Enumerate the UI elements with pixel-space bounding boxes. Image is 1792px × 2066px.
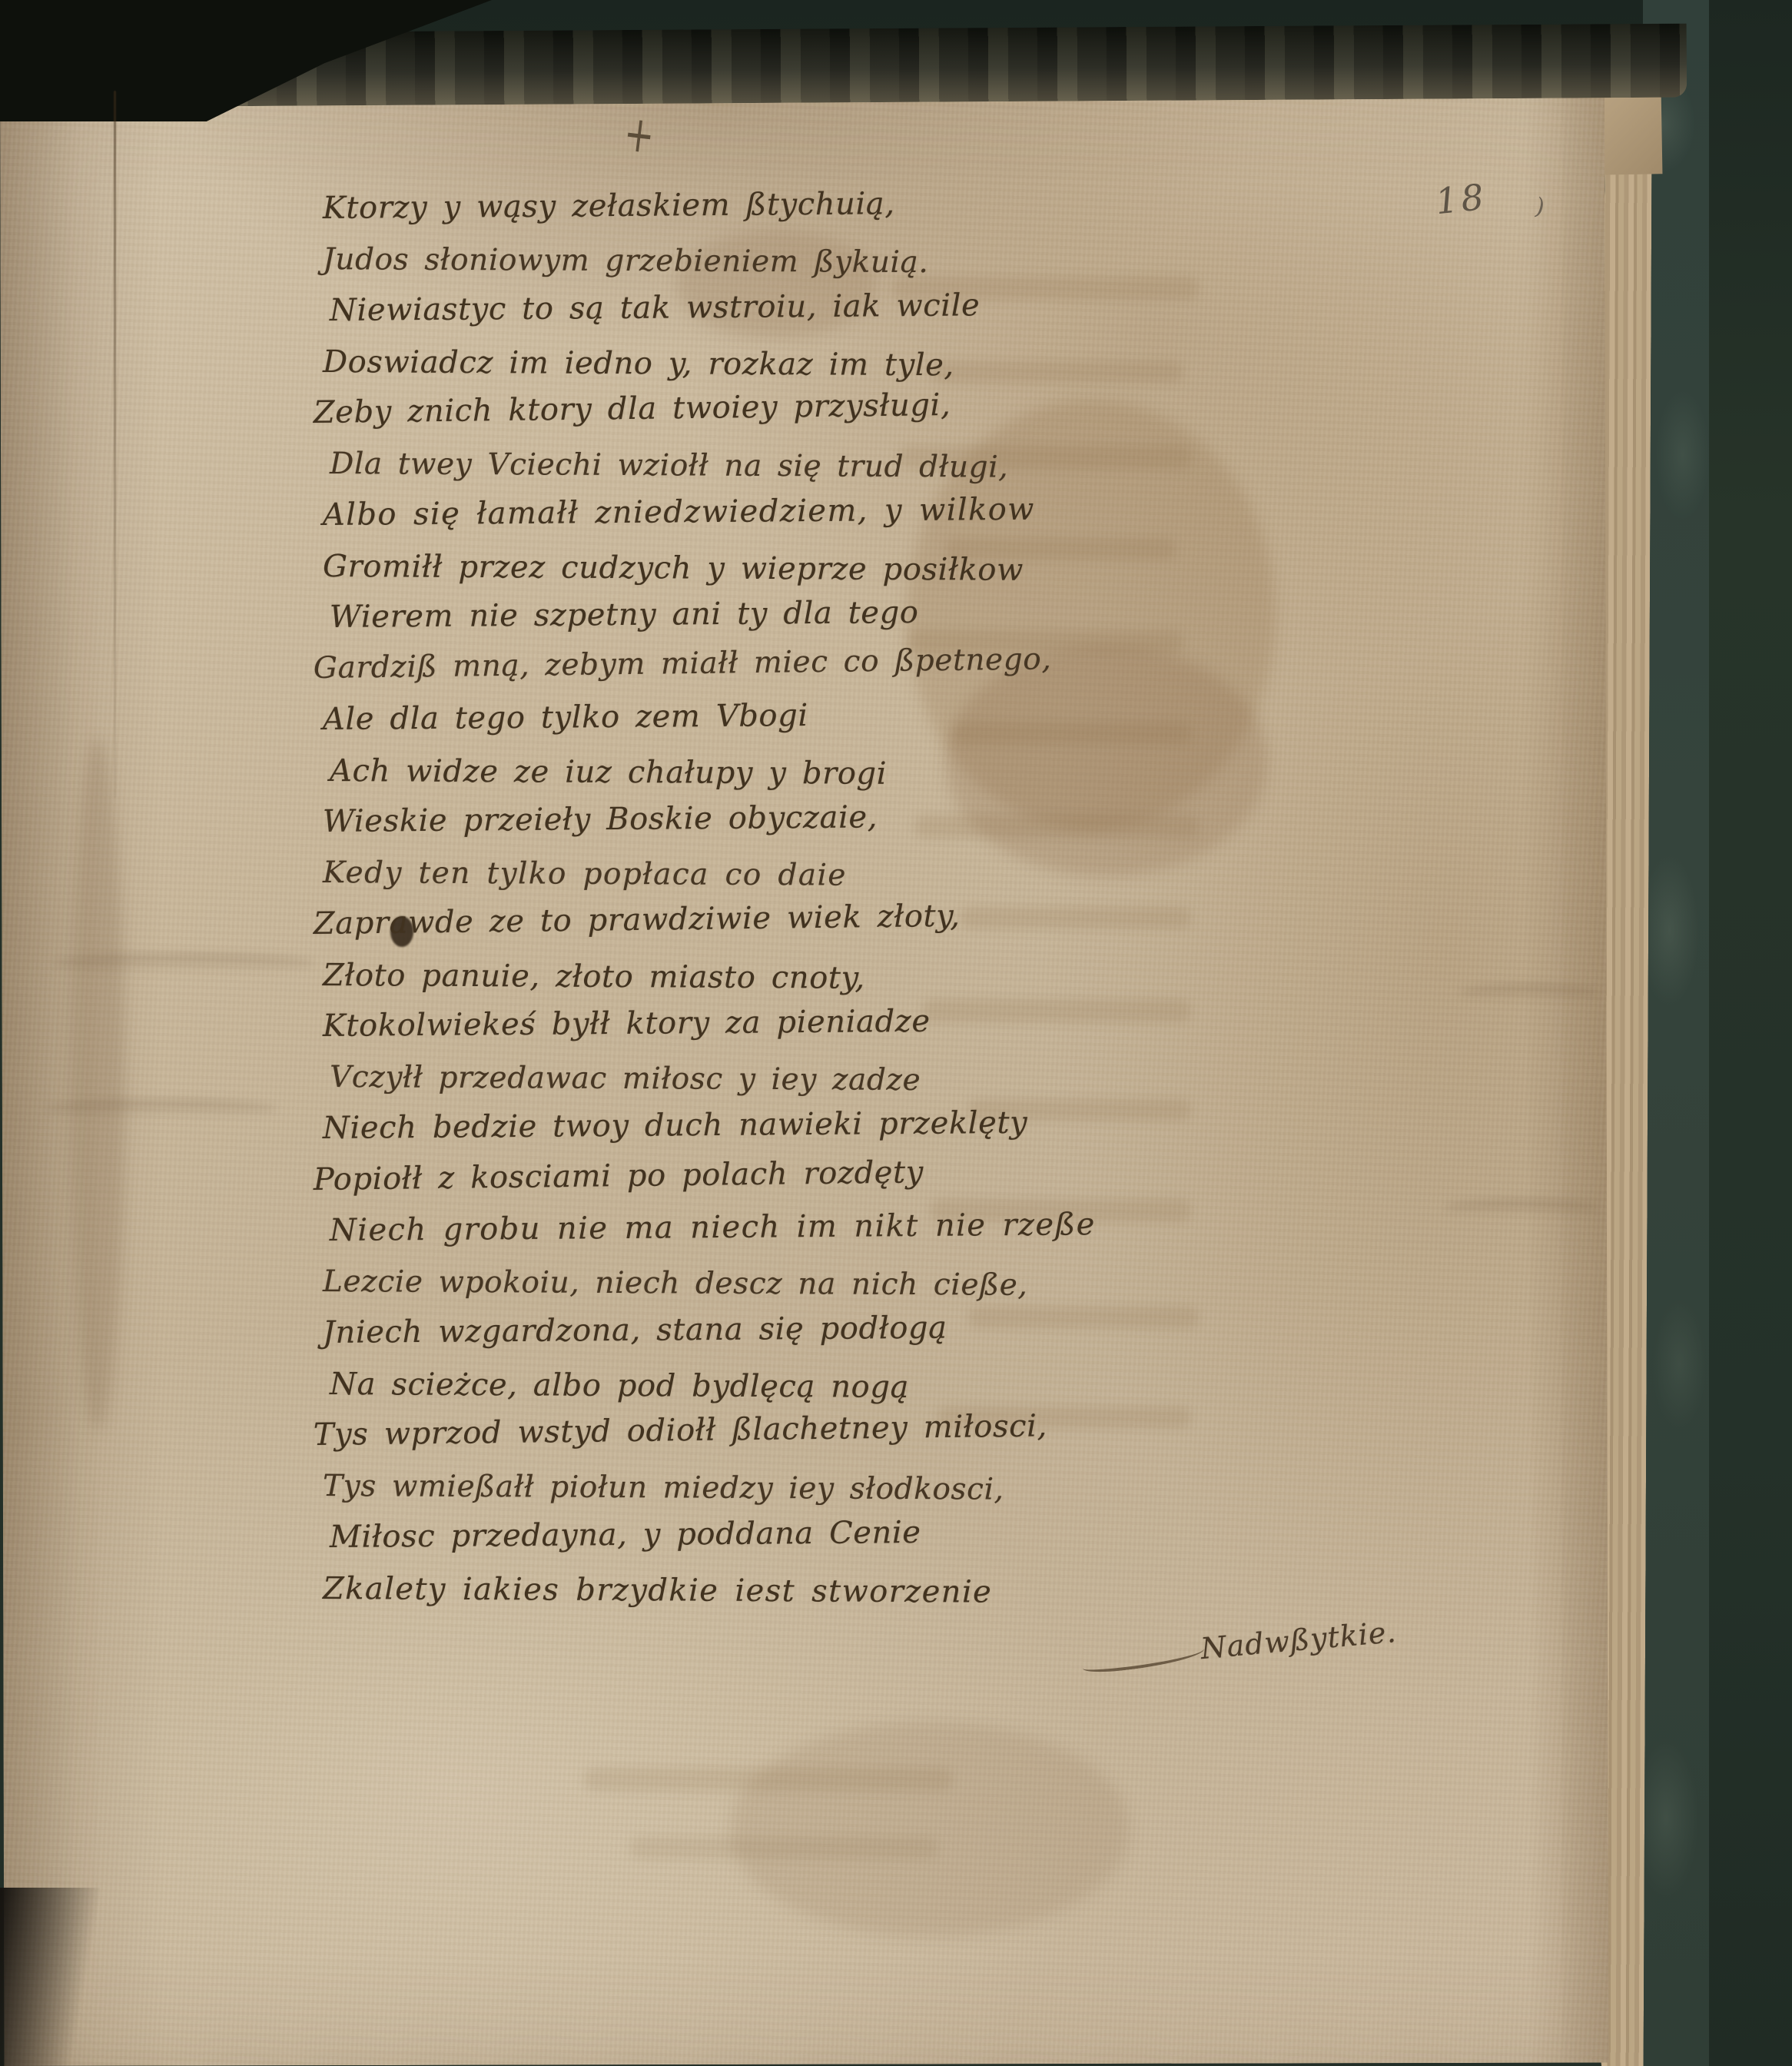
manuscript-line: Niech grobu nie ma niech im nikt nie rze… xyxy=(330,1207,1096,1264)
manuscript-scan: + 18 ) Ktorzy y wąsy zełaskiem ßtychuią,… xyxy=(0,0,1792,2066)
manuscript-line: Ale dla tego tylko zem Vbogi xyxy=(323,696,1096,752)
manuscript-line: Wierem nie szpetny ani ty dla tego xyxy=(330,593,1096,650)
bottom-left-shadow xyxy=(0,1888,100,2066)
manuscript-line: Gardziß mną, zebym miałł miec co ßpetneg… xyxy=(314,641,1097,702)
stain xyxy=(730,1722,1130,1937)
poem-text: Ktorzy y wąsy zełaskiem ßtychuią, Judos … xyxy=(323,191,1096,1622)
manuscript-line: Jniech wzgardzona, stana się podłogą xyxy=(323,1309,1096,1366)
manuscript-line: Niewiastyc to są tak wstroiu, iak wcile xyxy=(330,287,1096,344)
manuscript-line: Niech bedzie twoy duch nawieki przeklęty xyxy=(323,1104,1096,1161)
paper-wrinkle xyxy=(1460,984,1598,1001)
show-through-smudge xyxy=(584,1768,953,1791)
manuscript-line: Zkalety iakies brzydkie iest stworzenie xyxy=(323,1571,1096,1626)
manuscript-line: Zaprawde ze to prawdziwie wiek złoty, xyxy=(314,897,1097,958)
paper-wrinkle xyxy=(1445,1199,1598,1216)
book-cover-right xyxy=(1700,0,1792,2066)
manuscript-line: Popiołł z kosciami po polach rozdęty xyxy=(314,1152,1097,1213)
manuscript-line: Miłosc przedayna, y poddana Cenie xyxy=(330,1513,1096,1570)
manuscript-line: Ktokolwiekeś byłł ktory za pieniadze xyxy=(323,1002,1096,1059)
manuscript-line: Tys wprzod wstyd odiołł ßlachetney miłos… xyxy=(314,1408,1097,1469)
book-cover-edge xyxy=(1643,0,1709,2066)
page-number: 18 xyxy=(1433,176,1488,223)
manuscript-line: Zeby znich ktory dla twoiey przysługi, xyxy=(314,386,1097,447)
gutter-crease xyxy=(114,91,116,798)
manuscript-line: Albo się łamałł zniedzwiedziem, y wilkow xyxy=(323,491,1096,548)
show-through-smudge xyxy=(630,1837,937,1858)
gutter-stain xyxy=(71,738,124,1430)
manuscript-line: Ktorzy y wąsy zełaskiem ßtychuią, xyxy=(323,184,1096,241)
manuscript-line: Wieskie przeieły Boskie obyczaie, xyxy=(323,798,1096,855)
